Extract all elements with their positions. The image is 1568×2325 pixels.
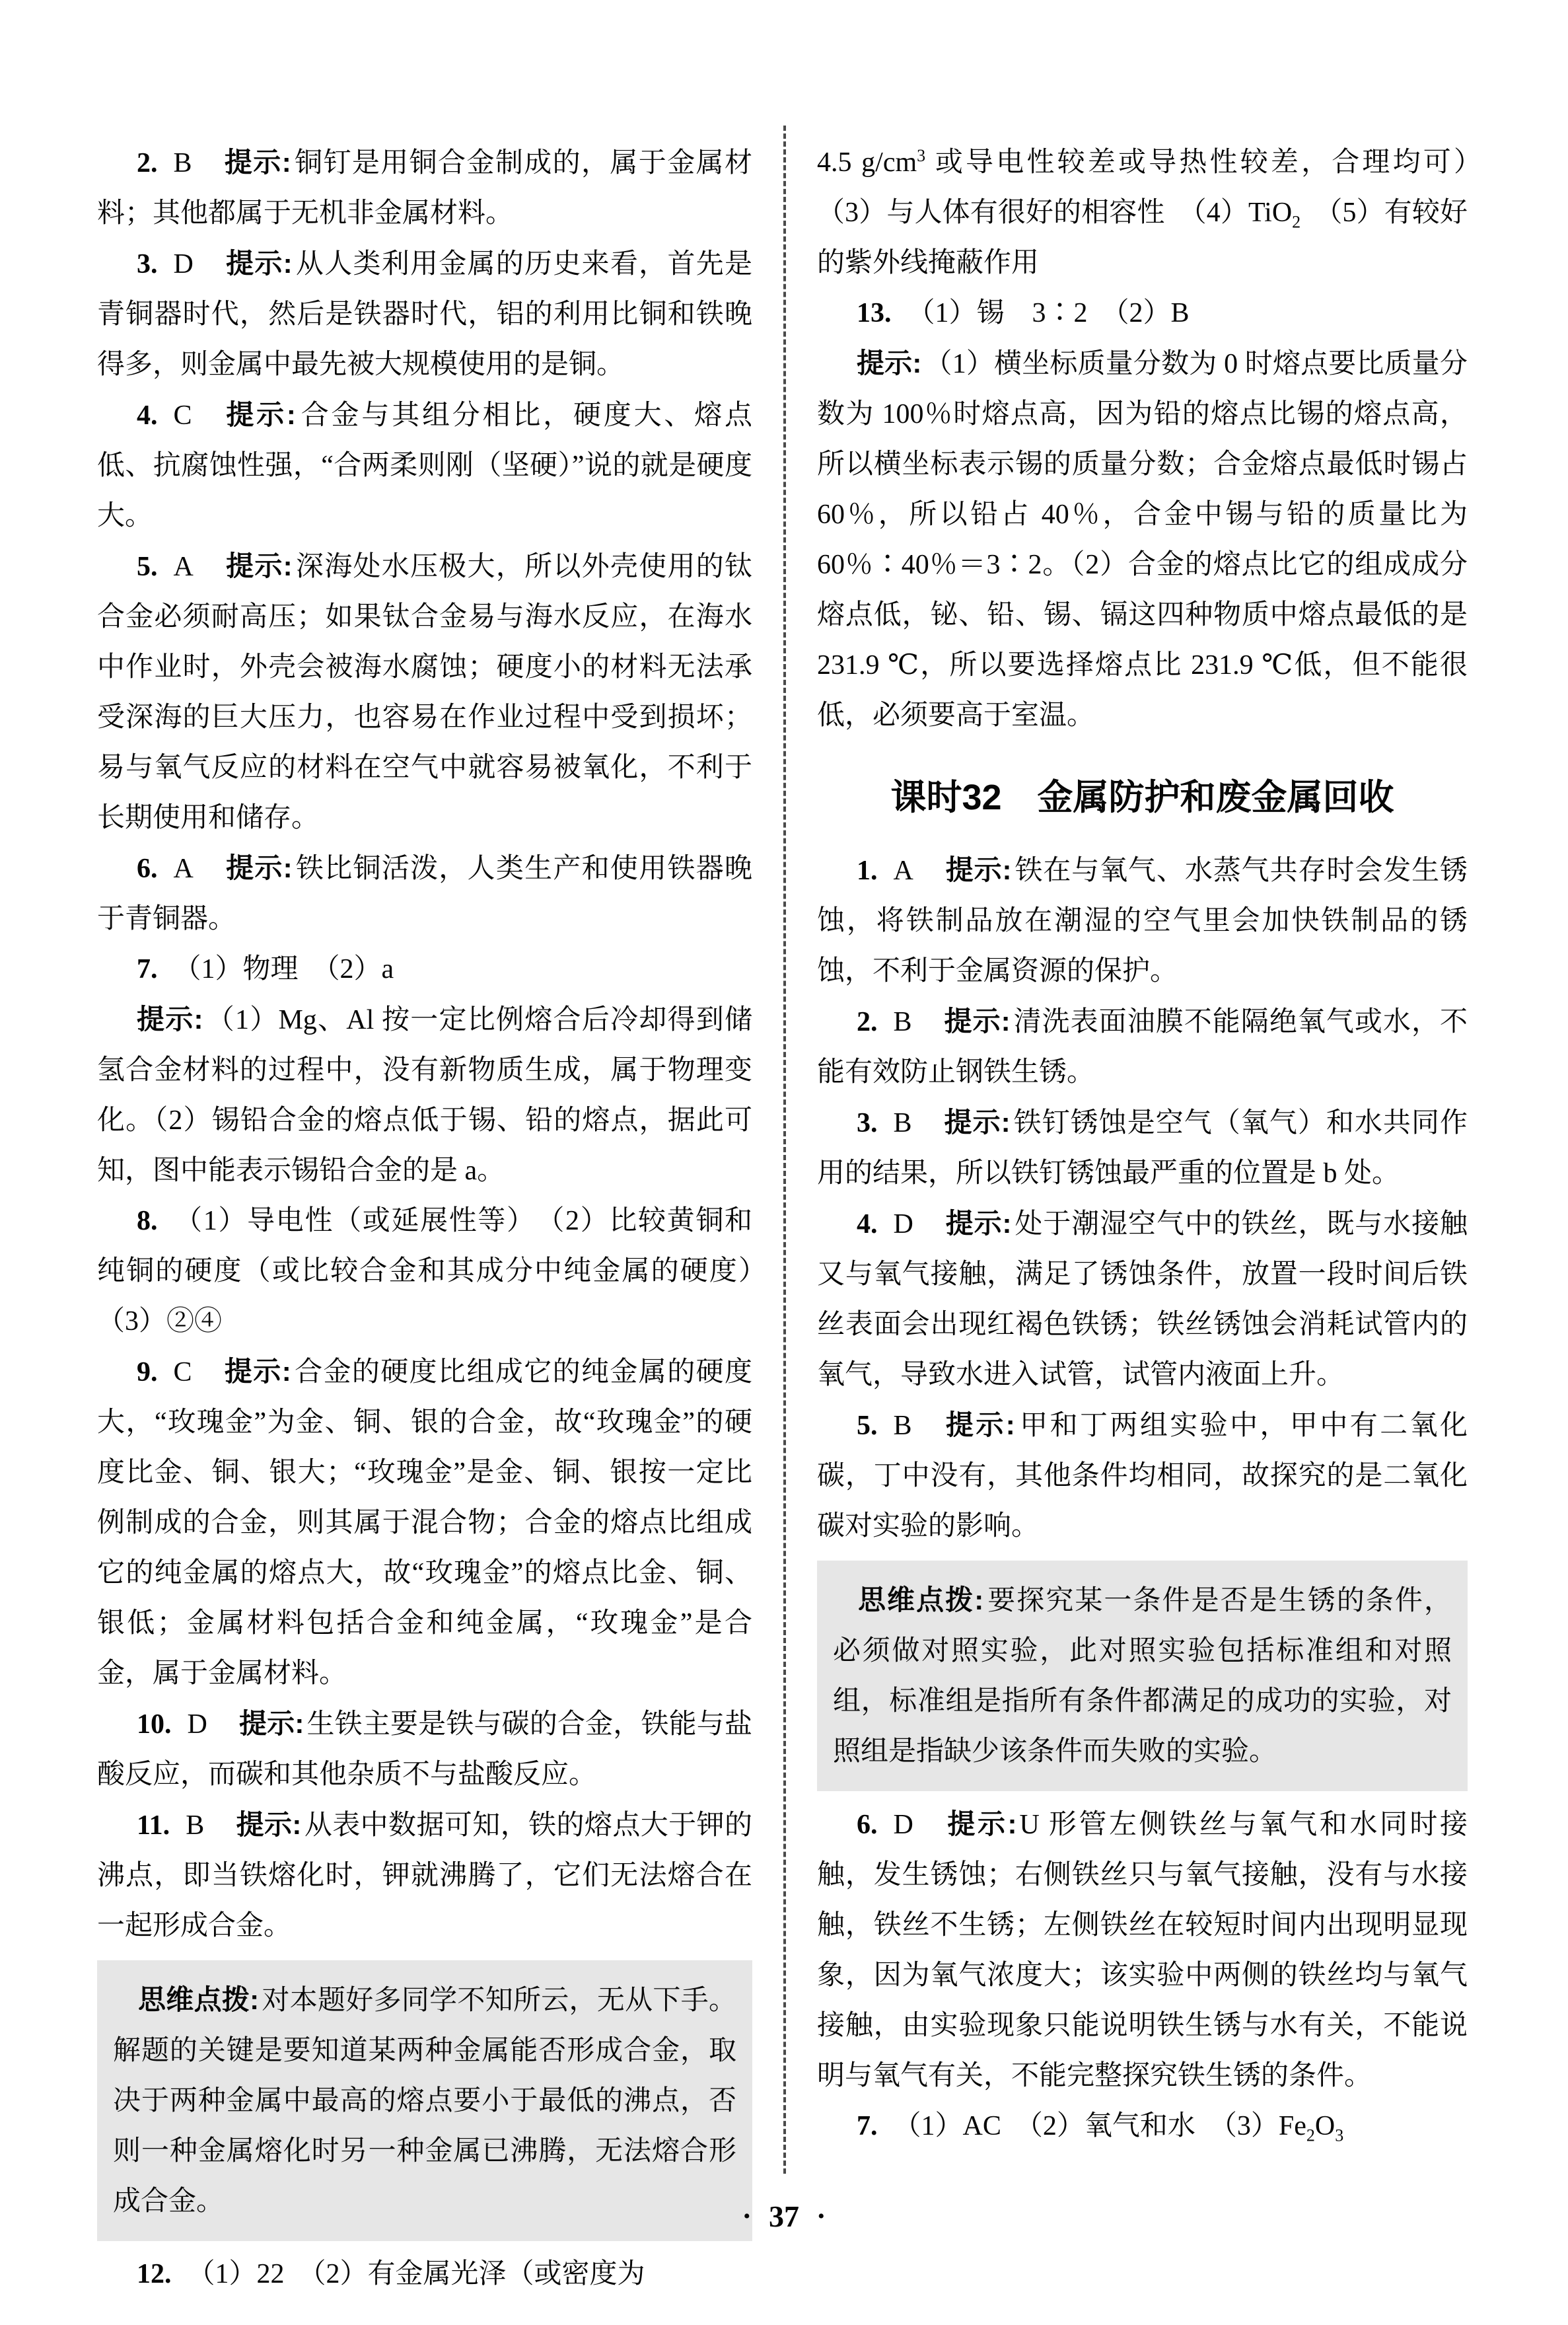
answer-text: 4.5 g/cm (817, 147, 917, 178)
answer-text: （1）锡 3∶2 （2）B (908, 298, 1190, 328)
hint-label: 提示: (225, 550, 293, 581)
answer-item-10: 10.D提示:生铁主要是铁与碳的合金，铁能与盐酸反应，而碳和其他杂质不与盐酸反应… (97, 1699, 752, 1800)
item-number: 9. (137, 1357, 158, 1387)
superscript: 3 (917, 146, 925, 165)
hint-label: 提示: (239, 1708, 304, 1739)
answer-item-11: 11.B提示:从表中数据可知，铁的熔点大于钾的沸点，即当铁熔化时，钾就沸腾了，它… (97, 1800, 752, 1951)
answer-item-7-hint: 提示:（1）Mg、Al 按一定比例熔合后冷却得到储氢合金材料的过程中，没有新物质… (97, 994, 752, 1196)
answer-text: O (1315, 2111, 1335, 2141)
tip-paragraph: 思维点拨:对本题好多同学不知所云，无从下手。解题的关键是要知道某两种金属能否形成… (113, 1975, 736, 2227)
item-number: 6. (137, 854, 158, 884)
subscript: 3 (1335, 2125, 1343, 2145)
item-number: 4. (137, 400, 158, 431)
item-number: 2. (857, 1007, 878, 1037)
page-number-dot-left: • (743, 2205, 750, 2227)
hint-label: 提示: (137, 1004, 203, 1035)
answer-item-r6: 6.D提示:U 形管左侧铁丝与氧气和水同时接触，发生锈蚀；右侧铁丝只与氧气接触，… (817, 1799, 1468, 2101)
hint-label: 提示: (945, 1808, 1017, 1839)
hint-label: 提示: (224, 399, 296, 430)
item-number: 3. (137, 249, 158, 279)
answer-letter: C (174, 400, 192, 431)
hint-label: 提示: (225, 852, 293, 883)
tip-label: 思维点拨: (858, 1584, 983, 1615)
lesson-header: 课时32 金属防护和废金属回收 (817, 770, 1468, 825)
answer-item-6: 6.A提示:铁比铜活泼，人类生产和使用铁器晚于青铜器。 (97, 843, 752, 944)
item-number: 8. (137, 1206, 158, 1236)
hint-label: 提示: (944, 1006, 1011, 1037)
answer-item-13-hint: 提示:（1）横坐标质量分数为 0 时熔点要比质量分数为 100％时熔点高，因为铅… (817, 338, 1468, 741)
answer-letter: B (174, 148, 192, 178)
left-column: 2.B提示:铜钉是用铜合金制成的，属于金属材料；其他都属于无机非金属材料。 3.… (97, 137, 752, 2299)
answer-key-page: 2.B提示:铜钉是用铜合金制成的，属于金属材料；其他都属于无机非金属材料。 3.… (0, 0, 1568, 2325)
hint-text: 清洗表面油膜不能隔绝氧气或水，不能有效防止钢铁生锈。 (817, 1007, 1468, 1088)
answer-item-2: 2.B提示:铜钉是用铜合金制成的，属于金属材料；其他都属于无机非金属材料。 (97, 137, 752, 239)
item-number: 2. (137, 148, 158, 178)
hint-text: 甲和丁两组实验中，甲中有二氧化碳，丁中没有，其他条件均相同，故探究的是二氧化碳对… (817, 1411, 1468, 1541)
item-number: 11. (137, 1810, 170, 1841)
answer-text: （1）AC （2）氧气和水 （3）Fe (894, 2111, 1306, 2141)
answer-letter: A (174, 552, 194, 582)
hint-text: U 形管左侧铁丝与氧气和水同时接触，发生锈蚀；右侧铁丝只与氧气接触，没有与水接触… (817, 1810, 1468, 2091)
answer-item-r5: 5.B提示:甲和丁两组实验中，甲中有二氧化碳，丁中没有，其他条件均相同，故探究的… (817, 1400, 1468, 1551)
item-number: 3. (857, 1108, 878, 1138)
answer-letter: D (174, 249, 194, 279)
answer-item-7: 7.（1）物理 （2）a (97, 944, 752, 994)
answer-text: （1）22 （2）有金属光泽（或密度为 (188, 2259, 645, 2289)
answer-item-r1: 1.A提示:铁在与氧气、水蒸气共存时会发生锈蚀，将铁制品放在潮湿的空气里会加快铁… (817, 845, 1468, 996)
answer-letter: C (174, 1357, 192, 1387)
answer-item-4: 4.C提示:合金与其组分相比，硬度大、熔点低、抗腐蚀性强，“合两柔则刚（坚硬）”… (97, 390, 752, 541)
subscript: 2 (1292, 212, 1301, 231)
item-number: 13. (857, 298, 892, 328)
item-number: 4. (857, 1209, 878, 1239)
answer-item-r2: 2.B提示:清洗表面油膜不能隔绝氧气或水，不能有效防止钢铁生锈。 (817, 996, 1468, 1097)
item-number: 5. (137, 552, 158, 582)
answer-letter: D (894, 1209, 913, 1239)
answer-letter: D (188, 1709, 207, 1740)
answer-letter: A (174, 854, 194, 884)
tip-text: 对本题好多同学不知所云，无从下手。解题的关键是要知道某两种金属能否形成合金，取决… (113, 1985, 736, 2217)
answer-item-3: 3.D提示:从人类利用金属的历史来看，首先是青铜器时代，然后是铁器时代，铝的利用… (97, 239, 752, 390)
hint-label: 提示: (945, 854, 1012, 885)
hint-text: 铁在与氧气、水蒸气共存时会发生锈蚀，将铁制品放在潮湿的空气里会加快铁制品的锈蚀，… (817, 856, 1468, 986)
item-number: 6. (857, 1810, 878, 1840)
answer-item-8: 8.（1）导电性（或延展性等） （2）比较黄铜和纯铜的硬度（或比较合金和其成分中… (97, 1196, 752, 1347)
hint-label: 提示: (224, 147, 291, 178)
tip-paragraph: 思维点拨:要探究某一条件是否是生锈的条件，必须做对照实验，此对照实验包括标准组和… (833, 1575, 1452, 1777)
hint-text: 合金与其组分相比，硬度大、熔点低、抗腐蚀性强，“合两柔则刚（坚硬）”说的就是硬度… (97, 400, 752, 531)
hint-text: 深海处水压极大，所以外壳使用的钛合金必须耐高压；如果钛合金易与海水反应，在海水中… (97, 552, 752, 833)
answer-letter: B (894, 1108, 912, 1138)
answer-item-r7: 7.（1）AC （2）氧气和水 （3）Fe2O3 (817, 2101, 1468, 2151)
page-number: •37• (0, 2199, 1568, 2234)
hint-text: 处于潮湿空气中的铁丝，既与水接触又与氧气接触，满足了锈蚀条件，放置一段时间后铁丝… (817, 1209, 1468, 1390)
answer-item-r4: 4.D提示:处于潮湿空气中的铁丝，既与水接触又与氧气接触，满足了锈蚀条件，放置一… (817, 1199, 1468, 1400)
hint-text: 从人类利用金属的历史来看，首先是青铜器时代，然后是铁器时代，铝的利用比铜和铁晚得… (97, 249, 752, 380)
column-divider (783, 126, 786, 2174)
hint-text: 铁比铜活泼，人类生产和使用铁器晚于青铜器。 (97, 854, 752, 934)
item-number: 7. (857, 2111, 878, 2141)
subscript: 2 (1306, 2125, 1315, 2145)
hint-text: 合金的硬度比组成它的纯金属的硬度大，“玫瑰金”为金、铜、银的合金，故“玫瑰金”的… (97, 1357, 752, 1689)
hint-text: 铜钉是用铜合金制成的，属于金属材料；其他都属于无机非金属材料。 (97, 148, 752, 229)
answer-letter: B (894, 1411, 912, 1441)
hint-label: 提示: (225, 248, 293, 279)
item-number: 7. (137, 954, 158, 984)
hint-label: 提示: (857, 348, 921, 379)
page-number-value: 37 (769, 2199, 799, 2233)
hint-label: 提示: (945, 1208, 1012, 1239)
hint-text: （1）横坐标质量分数为 0 时熔点要比质量分数为 100％时熔点高，因为铅的熔点… (817, 349, 1468, 731)
item-number: 1. (857, 856, 878, 886)
right-column: 4.5 g/cm3 或导电性较差或导热性较差，合理均可） （3）与人体有很好的相… (817, 137, 1468, 2151)
hint-text: 铁钉锈蚀是空气（氧气）和水共同作用的结果，所以铁钉锈蚀最严重的位置是 b 处。 (817, 1108, 1468, 1189)
answer-item-13: 13.（1）锡 3∶2 （2）B (817, 288, 1468, 338)
answer-letter: B (894, 1007, 912, 1037)
tip-label: 思维点拨: (138, 1984, 259, 2015)
answer-item-12-continuation: 4.5 g/cm3 或导电性较差或导热性较差，合理均可） （3）与人体有很好的相… (817, 137, 1468, 288)
answer-text: （1）导电性（或延展性等） （2）比较黄铜和纯铜的硬度（或比较合金和其成分中纯金… (97, 1206, 780, 1337)
hint-label: 提示: (236, 1809, 301, 1840)
answer-item-12: 12.（1）22 （2）有金属光泽（或密度为 (97, 2249, 752, 2299)
answer-letter: D (894, 1810, 913, 1840)
answer-item-r3: 3.B提示:铁钉锈蚀是空气（氧气）和水共同作用的结果，所以铁钉锈蚀最严重的位置是… (817, 1097, 1468, 1199)
hint-label: 提示: (224, 1356, 291, 1387)
item-number: 5. (857, 1411, 878, 1441)
item-number: 10. (137, 1709, 172, 1740)
hint-label: 提示: (944, 1409, 1015, 1440)
answer-letter: B (186, 1810, 204, 1841)
hint-label: 提示: (944, 1107, 1011, 1138)
answer-item-9: 9.C提示:合金的硬度比组成它的纯金属的硬度大，“玫瑰金”为金、铜、银的合金，故… (97, 1347, 752, 1699)
answer-letter: A (894, 856, 913, 886)
answer-item-5: 5.A提示:深海处水压极大，所以外壳使用的钛合金必须耐高压；如果钛合金易与海水反… (97, 541, 752, 843)
item-number: 12. (137, 2259, 172, 2289)
answer-text: （1）物理 （2）a (174, 954, 394, 984)
tip-box: 思维点拨:要探究某一条件是否是生锈的条件，必须做对照实验，此对照实验包括标准组和… (817, 1561, 1468, 1791)
page-number-dot-right: • (818, 2205, 825, 2227)
